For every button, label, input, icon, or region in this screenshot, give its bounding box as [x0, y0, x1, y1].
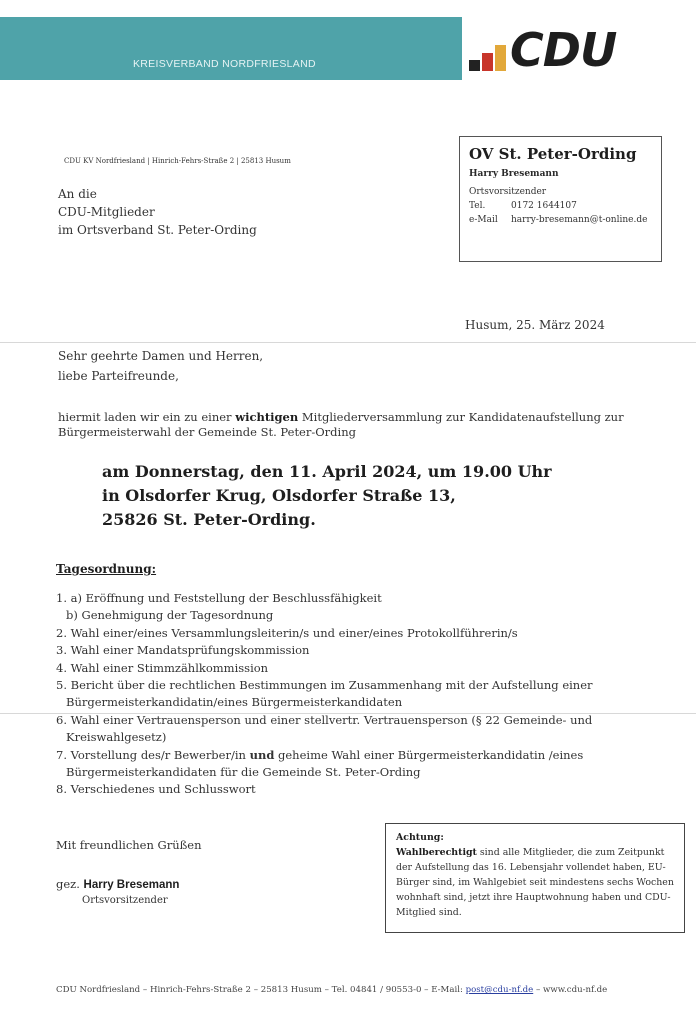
contact-email: e-Mailharry-bresemann@t-online.de	[469, 213, 652, 227]
event-details: am Donnerstag, den 11. April 2024, um 19…	[102, 460, 552, 532]
banner-text: KREISVERBAND NORDFRIESLAND	[133, 58, 316, 70]
footer-text: CDU Nordfriesland – Hinrich-Fehrs-Straße…	[56, 985, 466, 995]
fold-line	[0, 342, 696, 343]
agenda-item: 5. Bericht über die rechtlichen Bestimmu…	[56, 677, 616, 712]
contact-role: Ortsvorsitzender	[469, 185, 652, 199]
recipient-line: CDU-Mitglieder	[58, 203, 257, 221]
notice-box: Achtung: Wahlberechtigt sind alle Mitgli…	[385, 823, 685, 933]
cdu-logo: CDU	[469, 27, 669, 77]
letter-date: Husum, 25. März 2024	[465, 318, 605, 332]
intro-paragraph: hiermit laden wir ein zu einer wichtigen…	[58, 410, 658, 440]
agenda-item-text: 7. Vorstellung des/r Bewerber/in	[56, 748, 250, 762]
salutation-line: liebe Parteifreunde,	[58, 366, 263, 386]
phone-value: 0172 1644107	[511, 201, 577, 211]
email-value[interactable]: harry-bresemann@t-online.de	[511, 215, 647, 225]
salutation: Sehr geehrte Damen und Herren, liebe Par…	[58, 346, 263, 386]
logo-wordmark: CDU	[510, 23, 616, 77]
agenda-list: 1. a) Eröffnung und Feststellung der Bes…	[56, 590, 616, 799]
notice-emphasis: Wahlberechtigt	[396, 847, 477, 858]
sender-return-address: CDU KV Nordfriesland | Hinrich-Fehrs-Str…	[64, 157, 291, 165]
agenda-item: 6. Wahl einer Vertrauensperson und einer…	[56, 712, 616, 747]
contact-name: Harry Bresemann	[469, 169, 652, 179]
recipient-address: An die CDU-Mitglieder im Ortsverband St.…	[58, 185, 257, 239]
intro-text: hiermit laden wir ein zu einer	[58, 410, 235, 424]
agenda-item: 1. a) Eröffnung und Feststellung der Bes…	[56, 590, 616, 607]
signature-prefix: gez.	[56, 877, 84, 891]
agenda-item: 4. Wahl einer Stimmzählkommission	[56, 660, 616, 677]
email-label: e-Mail	[469, 213, 511, 227]
contact-title: OV St. Peter-Ording	[469, 145, 652, 163]
closing-greeting: Mit freundlichen Grüßen	[56, 838, 202, 852]
notice-text: Wahlberechtigt sind alle Mitglieder, die…	[396, 845, 674, 920]
recipient-line: An die	[58, 185, 257, 203]
fold-line	[0, 713, 696, 714]
footer: CDU Nordfriesland – Hinrich-Fehrs-Straße…	[56, 985, 607, 995]
phone-label: Tel.	[469, 199, 511, 213]
header-banner	[0, 17, 462, 80]
event-city: 25826 St. Peter-Ording.	[102, 508, 552, 532]
signature-role: Ortsvorsitzender	[82, 895, 168, 906]
logo-bar-icon	[495, 45, 506, 71]
intro-emphasis: wichtigen	[235, 410, 298, 424]
contact-phone: Tel.0172 1644107	[469, 199, 652, 213]
signature: gez. Harry Bresemann	[56, 877, 179, 891]
agenda-title: Tagesordnung:	[56, 562, 156, 576]
footer-website[interactable]: www.cdu-nf.de	[543, 985, 607, 995]
logo-bar-icon	[482, 53, 493, 71]
agenda-item-emphasis: und	[250, 748, 275, 762]
footer-separator: –	[533, 985, 543, 995]
signature-name: Harry Bresemann	[84, 879, 180, 891]
agenda-item: 3. Wahl einer Mandatsprüfungskommission	[56, 642, 616, 659]
footer-email-link[interactable]: post@cdu-nf.de	[466, 985, 534, 995]
event-date-time: am Donnerstag, den 11. April 2024, um 19…	[102, 460, 552, 484]
agenda-item: 8. Verschiedenes und Schlusswort	[56, 781, 616, 798]
salutation-line: Sehr geehrte Damen und Herren,	[58, 346, 263, 366]
notice-title: Achtung:	[396, 832, 444, 843]
agenda-item: 2. Wahl einer/eines Versammlungsleiterin…	[56, 625, 616, 642]
event-venue: in Olsdorfer Krug, Olsdorfer Straße 13,	[102, 484, 552, 508]
recipient-line: im Ortsverband St. Peter-Ording	[58, 221, 257, 239]
logo-bar-icon	[469, 60, 480, 71]
agenda-item: 7. Vorstellung des/r Bewerber/in und geh…	[56, 747, 616, 782]
contact-box: OV St. Peter-Ording Harry Bresemann Orts…	[459, 136, 662, 262]
agenda-item: b) Genehmigung der Tagesordnung	[56, 607, 616, 624]
